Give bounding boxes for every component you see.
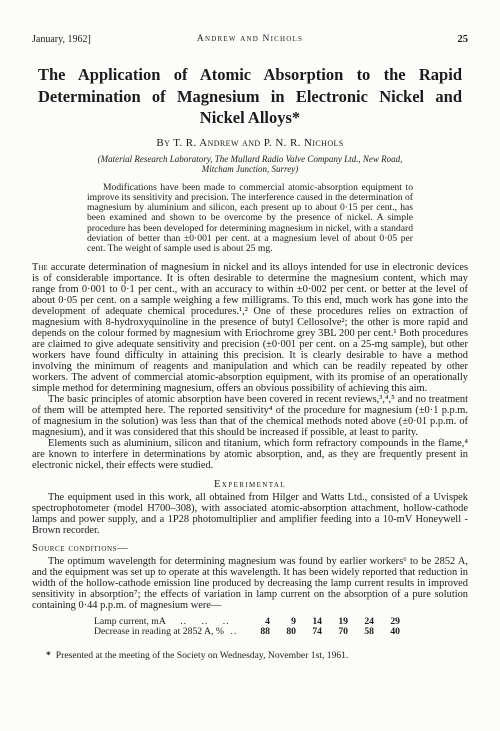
paragraph-intro: The accurate determination of magnesium … [32,262,468,394]
subsection-heading-source-conditions: Source conditions— [32,543,468,554]
paragraph-equipment: The equipment used in this work, all obt… [32,492,468,536]
lead-word: The [32,262,48,273]
paragraph-intro-text: accurate determination of magnesium in n… [32,262,468,394]
title-line-1: The Application of Atomic Absorption to … [38,64,462,86]
table-value: 74 [296,627,322,638]
paragraph-source-conditions: The optimum wavelength for determining m… [32,556,468,611]
table-value: 70 [322,627,348,638]
table-value: 88 [244,627,270,638]
title-line-2: Determination of Magnesium in Electronic… [38,86,462,108]
table-row-left: Decrease in reading at 2852 A, % .. [94,627,244,638]
section-heading-experimental: Experimental [32,479,468,490]
paragraph-interferences: Elements such as aluminium, silicon and … [32,438,468,471]
presentation-footnote: * Presented at the meeting of the Societ… [32,650,468,661]
table-value: 80 [270,627,296,638]
affiliation-line-2: Mitcham Junction, Surrey) [32,164,468,175]
title-line-3: Nickel Alloys* [38,107,462,129]
affiliation-line-1: (Material Research Laboratory, The Mulla… [32,154,468,165]
running-head: January, 1962] Andrew and Nichols 25 [32,34,468,47]
running-authors: Andrew and Nichols [197,34,303,44]
dot-leader: .. [231,627,238,638]
journal-page: January, 1962] Andrew and Nichols 25 The… [0,0,500,731]
dot-leaders: .. [224,627,244,638]
table-value: 58 [348,627,374,638]
footnote-text: Presented at the meeting of the Society … [56,650,349,661]
issue-date: January, 1962] [32,34,91,45]
paragraph-principles: The basic principles of atomic absorptio… [32,394,468,438]
table-row-label: Decrease in reading at 2852 A, % [94,627,224,638]
affiliation: (Material Research Laboratory, The Mulla… [32,154,468,175]
table-value: 40 [374,627,400,638]
abstract: Modifications have been made to commerci… [87,183,413,255]
page-number: 25 [458,34,469,45]
byline: By T. R. Andrew and P. N. R. Nichols [32,137,468,149]
table-row-decrease-reading: Decrease in reading at 2852 A, % .. 88 8… [94,627,402,638]
article-body: The accurate determination of magnesium … [32,262,468,661]
lamp-current-table: Lamp current, mA .. .. .. 4 9 14 19 24 2… [94,617,402,638]
table-row-values: 88 80 74 70 58 40 [244,627,400,638]
footnote-marker: * [46,650,51,661]
article-title: The Application of Atomic Absorption to … [38,64,462,129]
